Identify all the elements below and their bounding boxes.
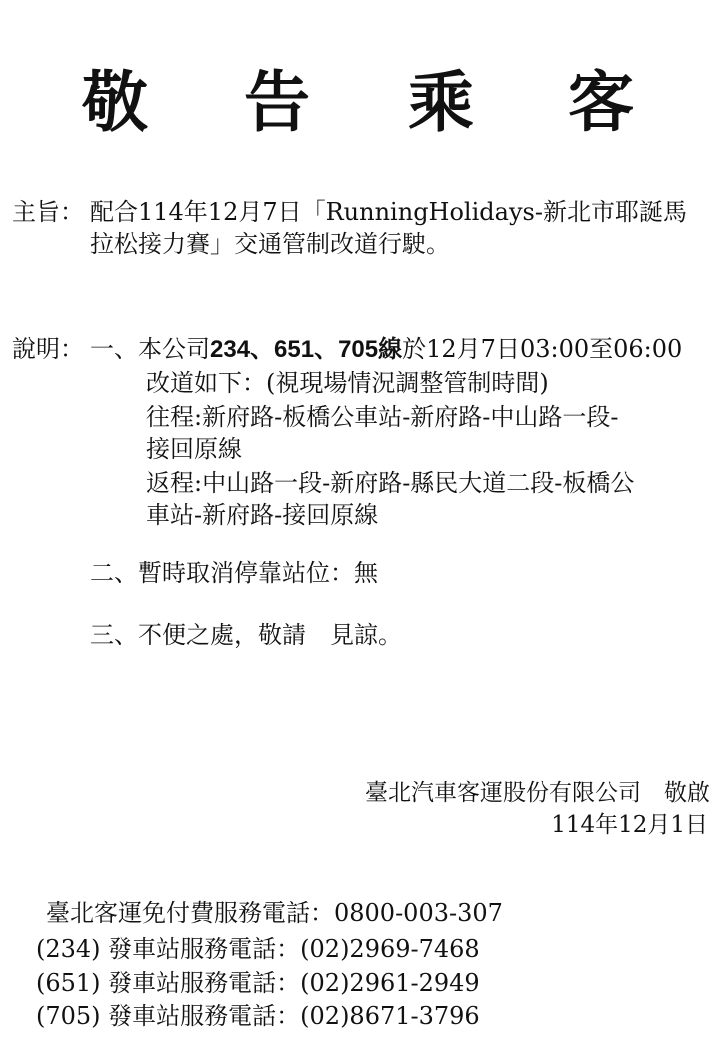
outbound-route-cont: 接回原線: [146, 432, 242, 466]
title-char: 敬: [82, 62, 148, 142]
affected-routes: 234、651、705線: [210, 336, 402, 363]
detour-note: 改道如下：(視現場情況調整管制時間): [146, 366, 549, 400]
return-route: 返程:中山路一段-新府路-縣民大道二段-板橋公: [146, 466, 634, 500]
explanation-item-2: 二、暫時取消停靠站位：無: [90, 556, 378, 590]
hotline: 臺北客運免付費服務電話：0800-003-307: [46, 896, 503, 930]
explanation-item-1: 一、本公司234、651、705線於12月7日03:00至06:00: [90, 332, 682, 367]
issue-date: 114年12月1日: [551, 808, 708, 842]
title-char: 乘: [408, 62, 474, 142]
outbound-route: 往程:新府路-板橋公車站-新府路-中山路一段-: [146, 400, 619, 434]
subject-label: 主旨：: [12, 195, 84, 229]
explanation-label: 說明：: [12, 332, 84, 366]
title-char: 告: [244, 62, 310, 142]
route-phone-234: (234) 發車站服務電話：(02)2969-7468: [36, 932, 480, 966]
subject-line: 配合114年12月7日「RunningHolidays-新北市耶誕馬: [90, 195, 687, 229]
return-route-cont: 車站-新府路-接回原線: [146, 498, 378, 532]
subject-line: 拉松接力賽」交通管制改道行駛。: [90, 227, 450, 261]
item-time: 於12月7日03:00至06:00: [402, 335, 682, 363]
item-prefix: 一、本公司: [90, 335, 210, 363]
title-char: 客: [568, 62, 634, 142]
explanation-item-3: 三、不便之處，敬請 見諒。: [90, 618, 402, 652]
route-phone-705: (705) 發車站服務電話：(02)8671-3796: [36, 999, 480, 1033]
company-signature: 臺北汽車客運股份有限公司 敬啟: [365, 776, 710, 810]
notice-title: 敬 告 乘 客: [0, 62, 720, 142]
route-phone-651: (651) 發車站服務電話：(02)2961-2949: [36, 966, 480, 1000]
